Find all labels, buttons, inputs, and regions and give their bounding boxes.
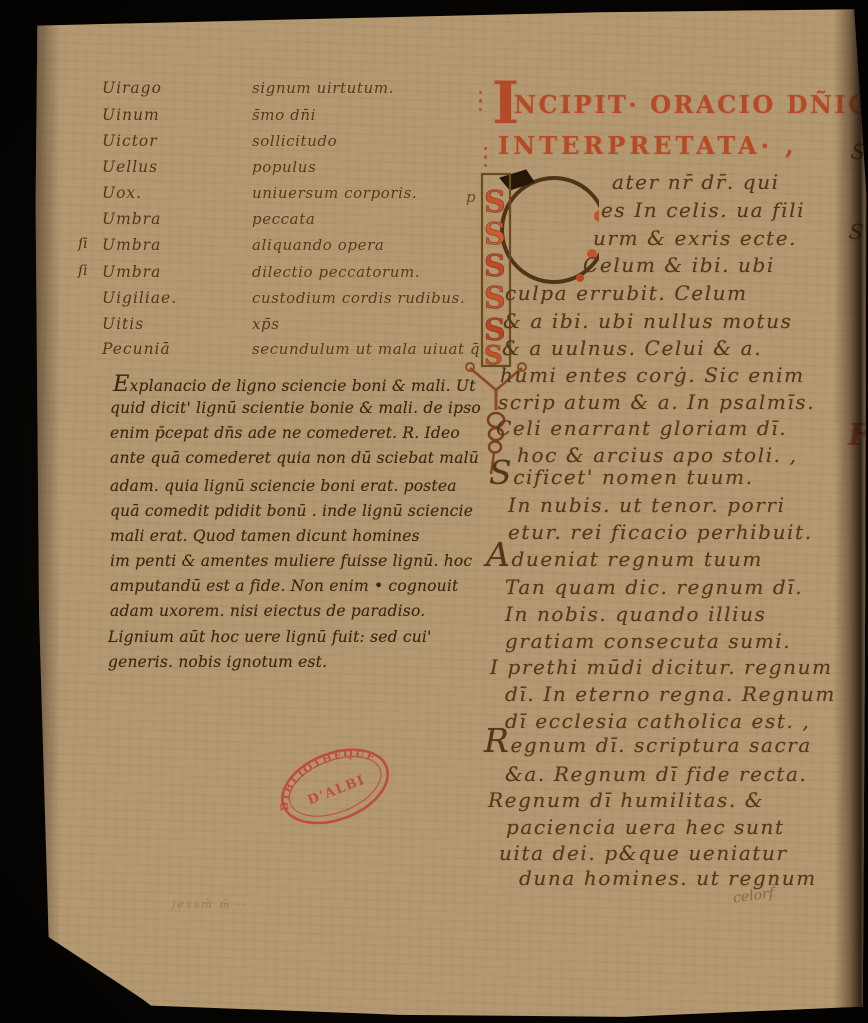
catchword: celorf̃: [732, 886, 775, 907]
text-line: mali erat. Quod tamen dicunt homines: [110, 527, 420, 545]
text-line: dī ecclesia catholica est. ,: [505, 709, 810, 733]
margin-mark: [78, 340, 102, 358]
glossary-row: Uitisxp̄s: [78, 315, 280, 333]
text-line: Regnum dī humilitas. &: [488, 788, 764, 812]
glossary-term: Uigiliae.: [102, 289, 252, 307]
glossary-term: Uox.: [102, 184, 252, 202]
text-line: hoc & arcius apo stoli. ,: [517, 443, 798, 467]
glossary-gloss: dilectio peccatorum.: [252, 263, 420, 281]
text-line: urm & exris ecte.: [593, 226, 797, 250]
glossary-row: Uictorsollicitudo: [78, 132, 337, 150]
text-line: dī. In eterno regna. Regnum: [505, 682, 836, 706]
glossary-gloss: s̄mo dn̄i: [252, 106, 316, 124]
text-line: Tan quam dic. regnum dī.: [505, 575, 803, 599]
glossary-gloss: signum uirtutum.: [252, 79, 394, 97]
text-line: amputandū est a fide. Non enim • cognoui…: [110, 577, 458, 595]
margin-mark: [78, 79, 102, 97]
text-line: paciencia uera hec sunt: [506, 815, 785, 839]
red-dot-ornament: [479, 86, 483, 116]
glossary-row: Uox.uniuersum corporis.: [78, 184, 417, 202]
text-line: quā comedit pdidit bonū . inde lignū sci…: [110, 502, 473, 520]
text-line: & a uulnus. Celui & a.: [502, 336, 762, 360]
glossary-gloss: peccata: [252, 210, 315, 228]
glossary-term: Umbra: [102, 236, 252, 254]
glossary-gloss: custodium cordis rudibus.: [252, 289, 465, 307]
glossary-row: Pecuniāsecundulum ut mala uiuat q̄.: [78, 340, 486, 358]
text-line: I prethi mūdi dicitur. regnum: [490, 655, 833, 679]
glossary-gloss: populus: [252, 158, 316, 176]
library-stamp: BIBLIOTHÈQUE D'ALBI: [255, 717, 416, 855]
margin-mark: [78, 158, 102, 176]
glossary-term: Uinum: [102, 106, 252, 124]
manuscript-photo: Uiragosignum uirtutum. Uinums̄mo dn̄i Ui…: [0, 0, 868, 1023]
glossary-gloss: secundulum ut mala uiuat q̄.: [252, 340, 486, 358]
glossary-term: Uellus: [102, 158, 252, 176]
left-edge-shadow: [34, 0, 60, 1023]
text-line: adam uxorem. nisi eiectus de paradiso.: [110, 602, 425, 620]
glossary-row: Uelluspopulus: [78, 158, 316, 176]
text-line: generis. nobis ignotum est.: [108, 653, 327, 671]
text-line: es In celis. ua fili: [601, 198, 805, 222]
glossary-gloss: aliquando opera: [252, 236, 384, 254]
text-line: etur. rei ficacio perhibuit.: [508, 520, 813, 544]
glossary-row: Uiragosignum uirtutum.: [78, 79, 394, 97]
text-line: im penti & amentes muliere fuisse lignū.…: [110, 552, 472, 570]
text-line: uita dei. p&que ueniatur: [499, 841, 788, 865]
svg-text:S: S: [484, 185, 506, 220]
text-line: culpa errubit. Celum: [505, 281, 748, 305]
glossary-term: Pecuniā: [102, 340, 252, 358]
margin-mark: [78, 184, 102, 202]
glossary-row: Uigiliae.custodium cordis rudibus.: [78, 289, 465, 307]
text-line: quid dicit' lignū scientie bonie & mali.…: [110, 399, 481, 417]
text-line: ater nr̄ dr̄. qui: [612, 170, 780, 194]
text-line: enim p̄cepat dn̄s ade ne comederet. R. I…: [110, 424, 460, 442]
text-line: In nubis. ut tenor. porri: [508, 493, 786, 517]
glossary-gloss: sollicitudo: [252, 132, 337, 150]
margin-mark: [78, 289, 102, 307]
margin-mark: [78, 132, 102, 150]
faint-scribble: jessm̃ m̃ ··: [172, 898, 248, 911]
glossary-gloss: uniuersum corporis.: [252, 184, 417, 202]
text-line: gratiam consecuta sumi.: [505, 629, 791, 653]
text-line: Regnum dī. scriptura sacra: [484, 733, 812, 757]
text-line: In nobis. quando illius: [505, 602, 766, 626]
text-line: Explanacio de ligno sciencie boni & mali…: [113, 371, 476, 397]
svg-text:S: S: [484, 249, 506, 284]
text-line: ante quā comederet quia non dū sciebat m…: [110, 449, 479, 467]
glossary-term: Umbra: [102, 263, 252, 281]
rubric-line1: NCIPIT· ORACIO DÑICA: [514, 90, 868, 119]
margin-mark: [78, 210, 102, 228]
text-line: Lignium aūt hoc uere lignū fuit: sed cui…: [108, 628, 432, 646]
glossary-term: Uirago: [102, 79, 252, 97]
gutter-fold-shadow: [834, 0, 868, 1023]
text-line: adam. quia lignū sciencie boni erat. pos…: [110, 477, 457, 495]
text-line: & a ibi. ubi nullus motus: [503, 309, 792, 333]
glossary-term: Uitis: [102, 315, 252, 333]
glossary-row: ſiUmbradilectio peccatorum.: [78, 263, 420, 281]
text-line: &a. Regnum dī fide recta.: [505, 762, 808, 786]
glossary-row: Umbrapeccata: [78, 210, 315, 228]
glossary-term: Uictor: [102, 132, 252, 150]
text-line: Adueniat regnum tuum: [486, 547, 763, 571]
glossary-row: ſiUmbraaliquando opera: [78, 236, 384, 254]
glossary-gloss: xp̄s: [252, 315, 280, 333]
text-line: Celum & ibi. ubi: [583, 253, 775, 277]
margin-mark: [78, 315, 102, 333]
text-line: Scificet' nomen tuum.: [489, 465, 754, 489]
glossary-row: Uinums̄mo dn̄i: [78, 106, 316, 124]
margin-mark: ſi: [78, 236, 102, 254]
text-line: scrip atum & a. In psalmīs.: [498, 390, 815, 414]
glossary-term: Umbra: [102, 210, 252, 228]
guide-letter: p: [466, 188, 476, 206]
text-line: humi entes corġ. Sic enim: [500, 363, 805, 387]
margin-mark: [78, 106, 102, 124]
parchment-page: Uiragosignum uirtutum. Uinums̄mo dn̄i Ui…: [0, 0, 868, 1023]
text-line: Celi enarrant gloriam dī.: [496, 416, 787, 440]
margin-mark: ſi: [78, 263, 102, 281]
stamp-center-text: D'ALBI: [306, 773, 368, 809]
svg-text:S: S: [484, 217, 506, 252]
